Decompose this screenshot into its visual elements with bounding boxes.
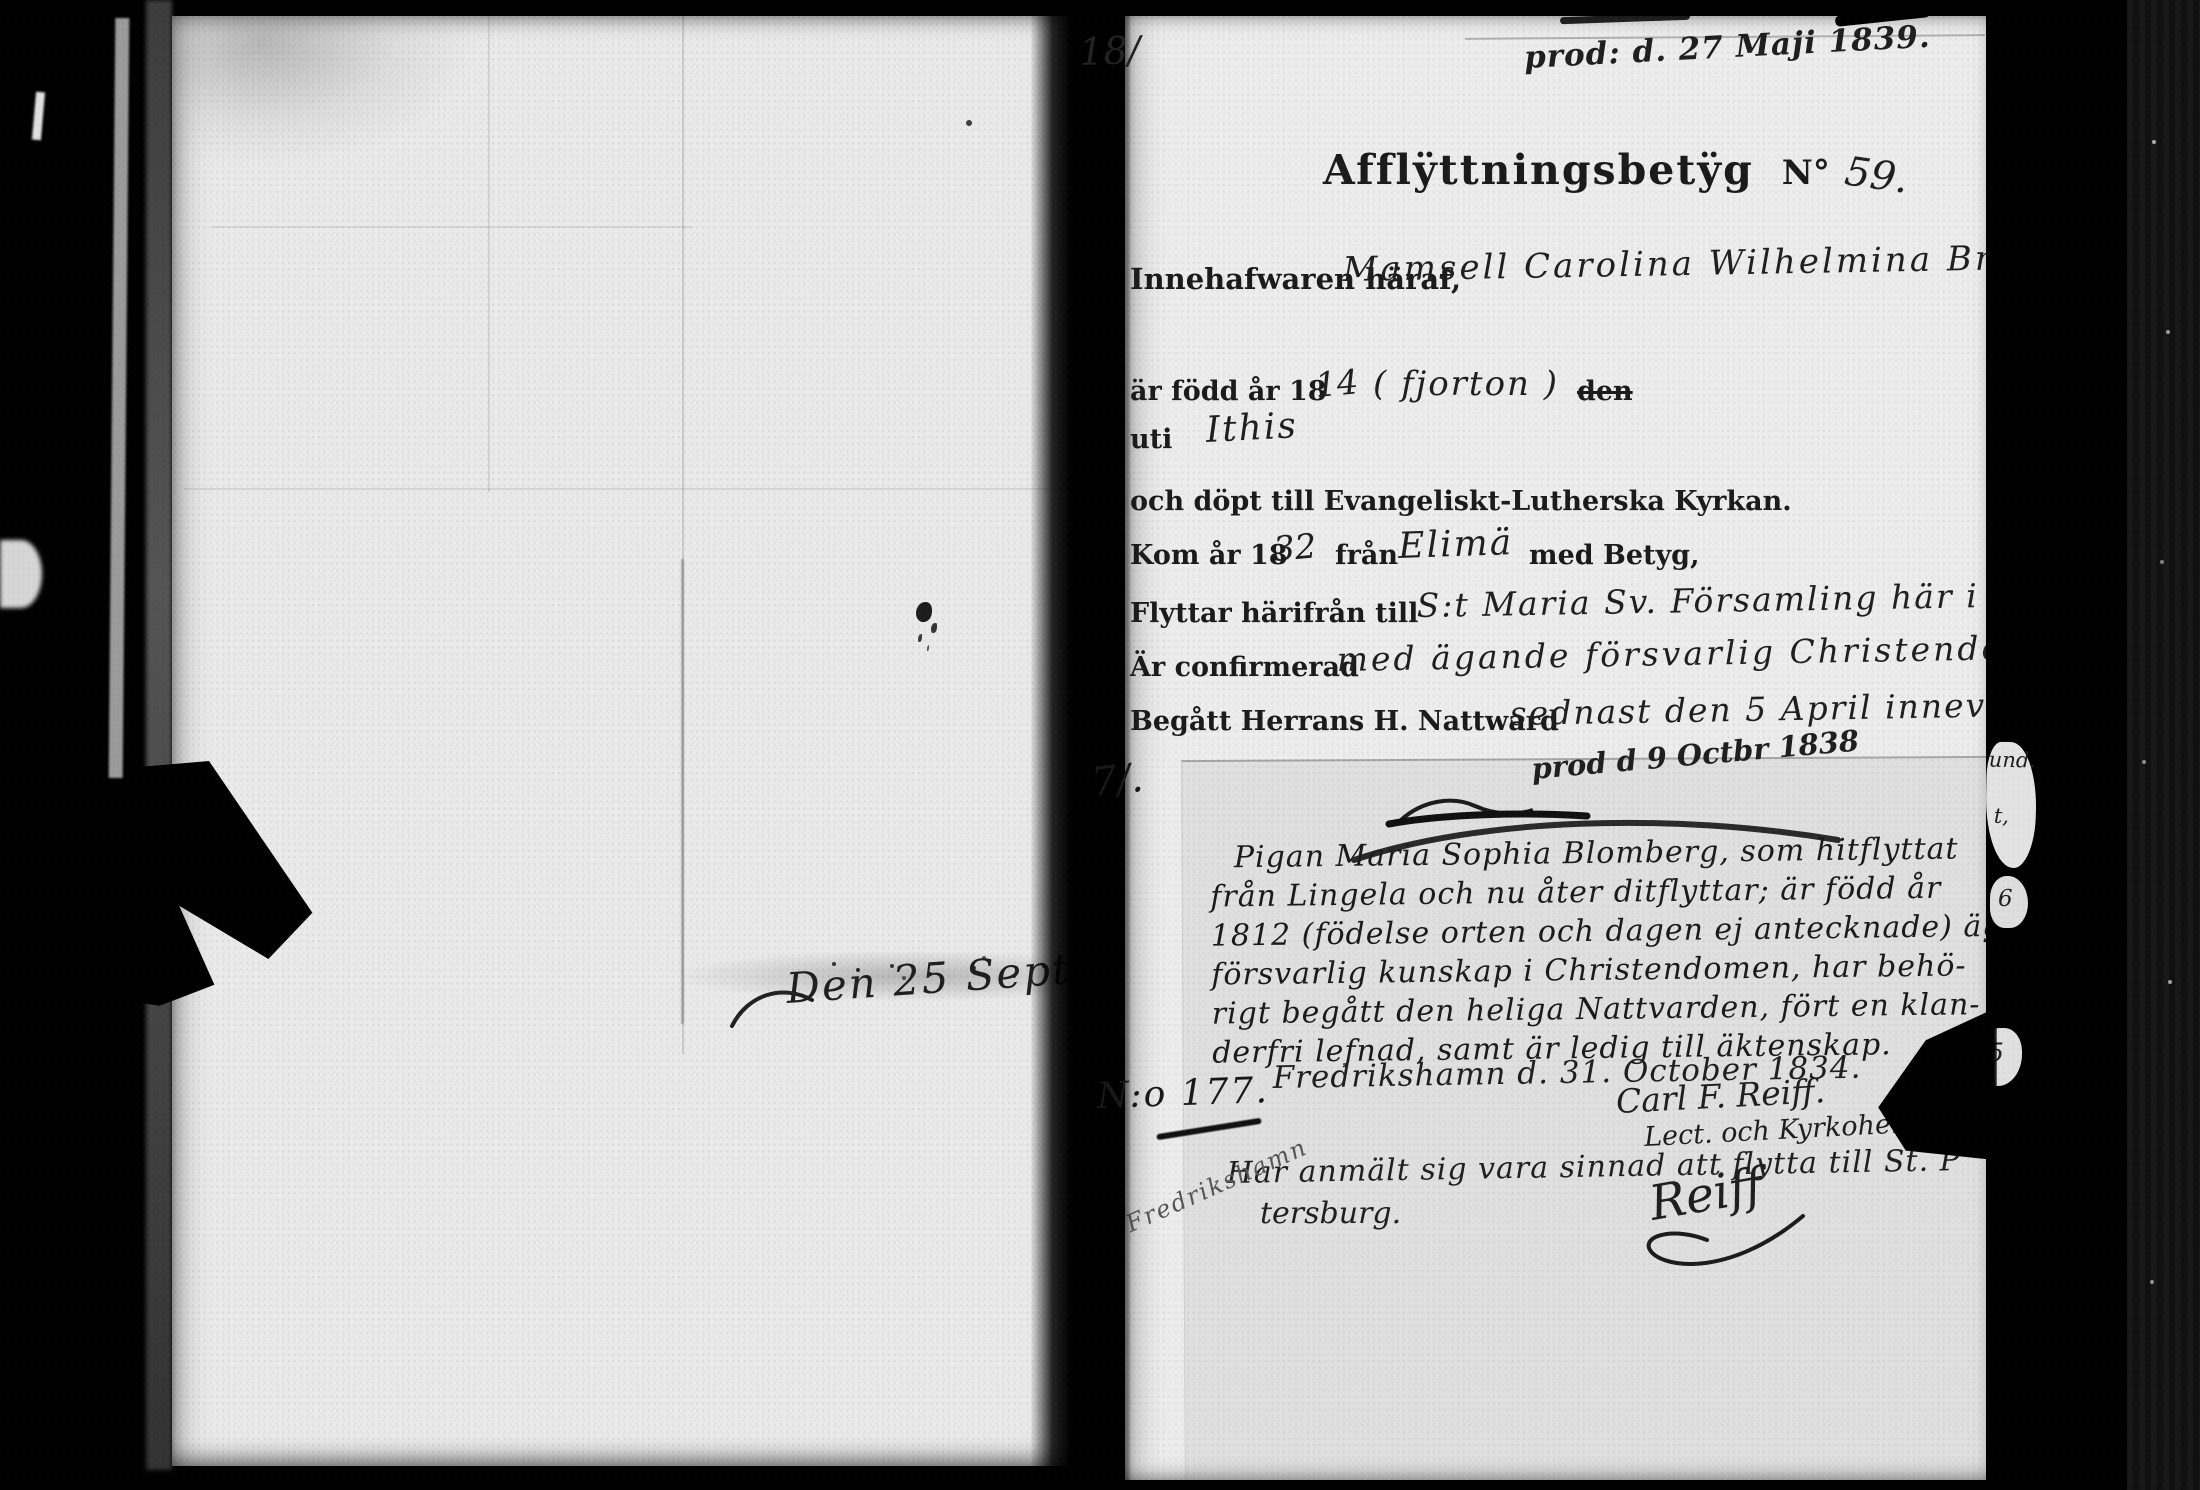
left-border-dash <box>32 92 45 141</box>
betyg-label: med Betyg, <box>1529 540 1699 571</box>
moves-label: Flyttar härifrån till <box>1130 598 1418 629</box>
date-note-flourish <box>728 976 818 1036</box>
baptism-label: och döpt till Evangeliskt-Lutherska Kyrk… <box>1130 486 1792 517</box>
signature-flourish-loop <box>1637 1210 1817 1280</box>
edge-text-fragment: t, <box>1994 804 2010 828</box>
right-page: prod: d. 27 Maji 1839. Afflÿttningsbetÿg… <box>1125 14 1993 1480</box>
certificate-number-label: N° <box>1782 153 1830 193</box>
edge-text-fragment: 6 <box>1998 886 2013 912</box>
inset-margin-number: 7/. <box>1089 755 1145 806</box>
film-edge-column <box>2126 0 2200 1490</box>
left-page-crease-horizontal-2 <box>184 488 1074 490</box>
received-annotation-1839: prod: d. 27 Maji 1839. <box>1523 19 1931 76</box>
born-word-written: ( fjorton ) <box>1373 364 1559 404</box>
born-year-written: 14 <box>1314 362 1361 406</box>
underpage-sliver: 6 <box>1990 876 2028 928</box>
left-border-strip <box>146 0 172 1470</box>
certificate-number-value: 59. <box>1842 148 1911 202</box>
postscript-line-2: tersburg. <box>1260 1196 1401 1231</box>
born-struck-word: den <box>1577 376 1633 407</box>
film-edge-specks <box>2152 140 2156 144</box>
left-border-strip <box>109 18 130 778</box>
from-label: från <box>1335 540 1398 571</box>
left-page-crease-vertical-1 <box>488 14 490 492</box>
came-year-written: 32 <box>1272 526 1319 570</box>
inset-document-number: N:o 177. <box>1097 1070 1270 1117</box>
scanned-book-spread: Den 25 Septb 18 prod: d. 27 Maji 1839. A… <box>0 0 2200 1490</box>
confirmed-value: med ägande försvarlig Christendomskunska… <box>1336 625 1993 679</box>
left-page: Den 25 Septb 18 <box>172 14 1095 1466</box>
edge-text-fragment: und. <box>1989 748 2037 773</box>
inset-body-paragraph: Pigan Maria Sophia Blomberg, som hitflyt… <box>1210 829 1963 1072</box>
left-page-crease-horizontal-1 <box>212 226 692 228</box>
from-value: Elimä <box>1398 522 1514 567</box>
archival-page-number: 18/ <box>1078 28 1141 74</box>
ink-dot <box>966 120 972 126</box>
communion-label: Begått Herrans H. Nattward <box>1130 706 1559 737</box>
certificate-title: Afflÿttningsbetÿg <box>1323 146 1754 194</box>
book-gutter <box>1030 0 1132 1490</box>
born-label: är född år 18 <box>1130 376 1327 407</box>
ink-blot <box>916 602 932 622</box>
birthplace-value: Ithis <box>1205 405 1299 451</box>
came-label: Kom år 18 <box>1130 540 1288 571</box>
birthplace-label: uti <box>1130 424 1172 455</box>
confirmed-label: Är confirmerad <box>1130 652 1359 683</box>
left-border-notch <box>0 540 42 608</box>
communion-value: sednast den 5 April innevarande år. <box>1509 682 1993 733</box>
certificate-title-row: Afflÿttningsbetÿg N° 59. <box>1323 146 1905 194</box>
holder-name: Mamsell Carolina Wilhelmina Brummer <box>1342 236 1993 290</box>
moves-value: S:t Maria Sv. Församling här i Hufvudsta… <box>1416 571 1993 625</box>
left-page-corner-shading <box>172 14 472 164</box>
